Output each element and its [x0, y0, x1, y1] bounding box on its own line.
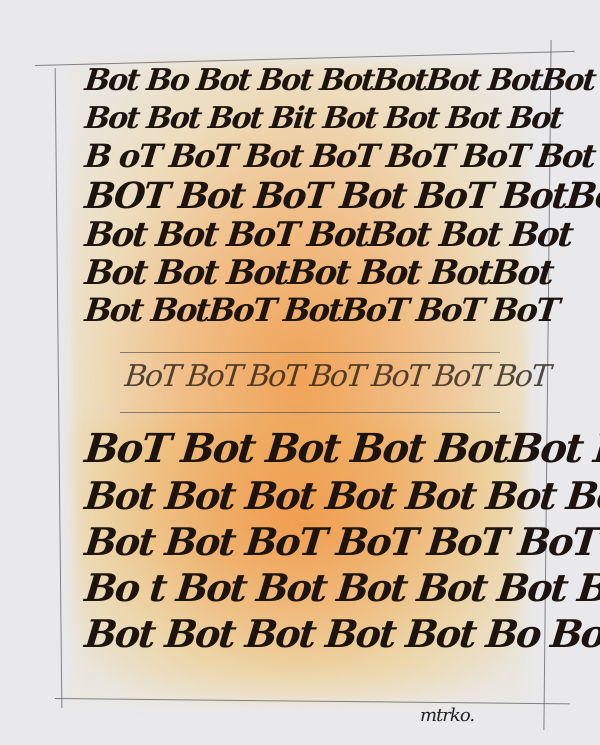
ink-row: BoT BoT BoT BoT BoT BoT BoT — [123, 362, 566, 392]
calligraphy-lower: BoT Bot Bot Bot BotBot Bot Bot Bot Bot B… — [85, 425, 525, 653]
middle-rule-bottom — [120, 412, 500, 413]
ink-row: BOT Bot BoT Bot BoT BotBo — [83, 178, 527, 214]
calligraphy-upper: Bot Bo Bot Bot BotBotBot BotBot Bot Bot … — [85, 60, 525, 326]
ink-row: Bo t Bot Bot Bot Bot Bot Bot — [83, 569, 527, 607]
ink-row: B oT BoT Bot BoT BoT BoT Bot — [83, 140, 526, 172]
ink-row: Bot Bot Bot Bit Bot Bot Bot Bot — [83, 104, 526, 134]
ink-row: BoT Bot Bot Bot BotBot Bot Bot — [83, 429, 527, 469]
calligraphy-middle: BoT BoT BoT BoT BoT BoT BoT — [125, 362, 565, 392]
ink-row: Bot Bot BoT BotBot Bot Bot — [83, 218, 527, 252]
frame-left-line — [55, 68, 63, 708]
ink-row: Bot Bo Bot Bot BotBotBot BotBot — [83, 66, 526, 96]
ink-row: Bot Bot BotBot Bot BotBot — [83, 256, 527, 290]
artist-signature: mtrko. — [420, 705, 474, 726]
ink-row: Bot Bot Bot Bot Bot Bot Bot — [83, 477, 527, 515]
ink-row: Bot Bot Bot Bot Bot Bo Bot — [83, 615, 527, 653]
middle-rule-top — [120, 352, 500, 353]
ink-row: Bot BotBoT BotBoT BoT BoT — [83, 294, 526, 326]
ink-row: Bot Bot BoT BoT BoT BoT Bot — [83, 523, 527, 561]
